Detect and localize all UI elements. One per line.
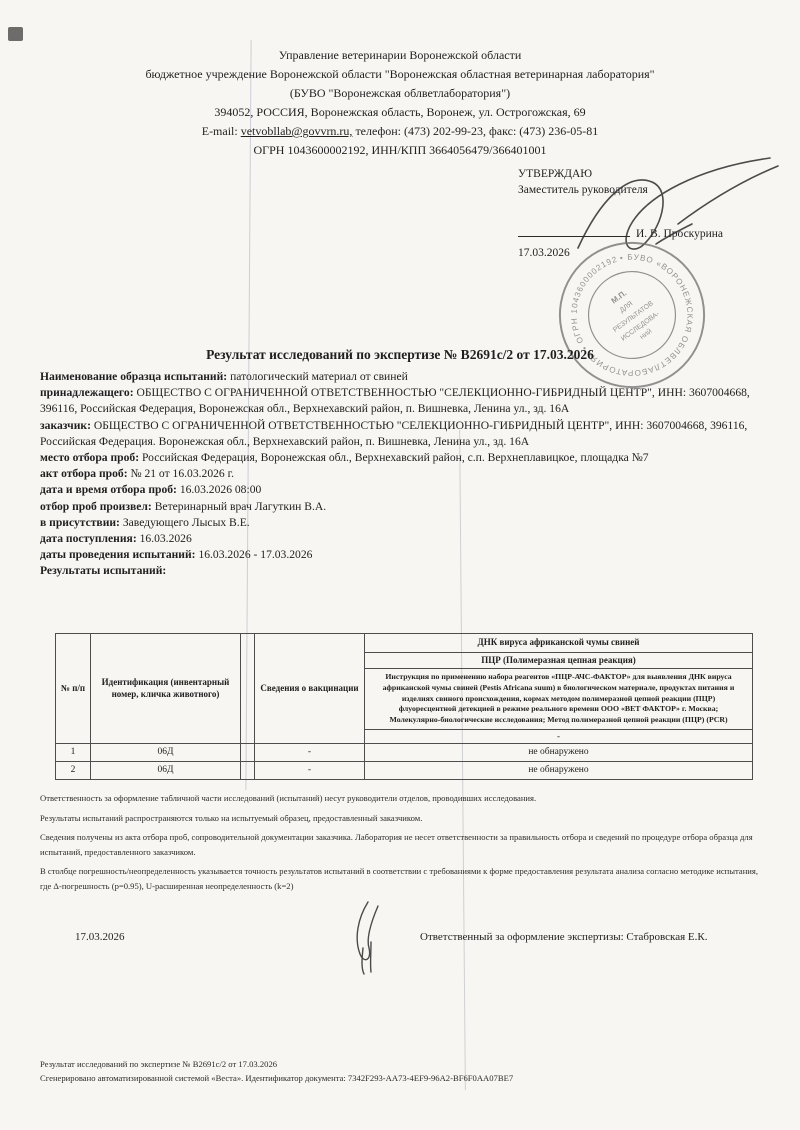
- footer-expertise-ref: Результат исследований по экспертизе № В…: [40, 1057, 767, 1071]
- detail-sampling-act: акт отбора проб: № 21 от 16.03.2026 г.: [40, 466, 767, 482]
- result-sub-dash: -: [365, 729, 753, 744]
- handwritten-signature-expert: [338, 898, 393, 976]
- org-header: Управление ветеринарии Воронежской облас…: [40, 46, 760, 160]
- signoff-responsible: Ответственный за оформление экспертизы: …: [420, 931, 780, 943]
- details-block: Наименование образца испытаний: патологи…: [40, 369, 767, 580]
- col-header-empty: [241, 634, 255, 744]
- org-name-line1: Управление ветеринарии Воронежской облас…: [40, 46, 760, 65]
- document-title: Результат исследований по экспертизе № В…: [40, 347, 760, 363]
- row-identification: 06Д: [91, 744, 241, 762]
- email-link[interactable]: vetvobllab@govvrn.ru,: [241, 124, 353, 138]
- col-header-identification: Идентификация (инвентарный номер, кличка…: [91, 634, 241, 744]
- document-footer: Результат исследований по экспертизе № В…: [40, 1057, 767, 1085]
- footer-generated-id: Сгенерировано автоматизированной системо…: [40, 1071, 767, 1085]
- detail-witness: в присутствии: Заведующего Лысых В.Е.: [40, 515, 767, 531]
- result-instruction: Инструкция по применению набора реагенто…: [365, 669, 753, 730]
- footnotes-block: Ответственность за оформление табличной …: [40, 791, 767, 898]
- footnote-uncertainty: В столбце погрешность/неопределенность у…: [40, 864, 767, 893]
- table-row: 2 06Д - не обнаружено: [56, 762, 753, 780]
- result-method-header: ПЦР (Полимеразная цепная реакция): [365, 653, 753, 669]
- org-ogrn-inn: ОГРН 1043600002192, ИНН/КПП 3664056479/3…: [40, 141, 760, 160]
- org-contacts: E-mail: vetvobllab@govvrn.ru, телефон: (…: [40, 122, 760, 141]
- detail-sample-name: Наименование образца испытаний: патологи…: [40, 369, 767, 385]
- detail-owner: принадлежащего: ОБЩЕСТВО С ОГРАНИЧЕННОЙ …: [40, 385, 767, 417]
- approval-position: Заместитель руководителя: [518, 182, 778, 198]
- footnote-responsibility: Ответственность за оформление табличной …: [40, 791, 767, 806]
- row-vaccination: -: [255, 744, 365, 762]
- org-name-line2: бюджетное учреждение Воронежской области…: [40, 65, 760, 84]
- scan-artifact-corner: [8, 27, 23, 41]
- detail-results-label: Результаты испытаний:: [40, 563, 767, 579]
- email-label: E-mail:: [202, 124, 238, 138]
- table-row: 1 06Д - не обнаружено: [56, 744, 753, 762]
- col-header-vaccination: Сведения о вакцинации: [255, 634, 365, 744]
- detail-receipt-date: дата поступления: 16.03.2026: [40, 531, 767, 547]
- results-table: № п/п Идентификация (инвентарный номер, …: [55, 633, 753, 780]
- row-result: не обнаружено: [365, 762, 753, 780]
- detail-testing-dates: даты проведения испытаний: 16.03.2026 - …: [40, 547, 767, 563]
- signoff-date: 17.03.2026: [75, 931, 125, 943]
- row-vaccination: -: [255, 762, 365, 780]
- detail-sampling-datetime: дата и время отбора проб: 16.03.2026 08:…: [40, 482, 767, 498]
- approval-approve-label: УТВЕРЖДАЮ: [518, 166, 778, 182]
- org-address: 394052, РОССИЯ, Воронежская область, Вор…: [40, 103, 760, 122]
- col-header-number: № п/п: [56, 634, 91, 744]
- footnote-sampling-info: Сведения получены из акта отбора проб, с…: [40, 830, 767, 859]
- phone-fax: телефон: (473) 202-99-23, факс: (473) 23…: [355, 124, 598, 138]
- row-empty: [241, 744, 255, 762]
- row-number: 1: [56, 744, 91, 762]
- detail-customer: заказчик: ОБЩЕСТВО С ОГРАНИЧЕННОЙ ОТВЕТС…: [40, 418, 767, 450]
- footnote-scope: Результаты испытаний распространяются то…: [40, 811, 767, 826]
- row-number: 2: [56, 762, 91, 780]
- detail-sampling-place: место отбора проб: Российская Федерация,…: [40, 450, 767, 466]
- document-page: Управление ветеринарии Воронежской облас…: [0, 0, 800, 1130]
- row-result: не обнаружено: [365, 744, 753, 762]
- detail-sampler: отбор проб произвел: Ветеринарный врач Л…: [40, 499, 767, 515]
- result-group-header: ДНК вируса африканской чумы свиней: [365, 634, 753, 653]
- org-name-line3: (БУВО "Воронежская облветлаборатория"): [40, 84, 760, 103]
- row-empty: [241, 762, 255, 780]
- row-identification: 06Д: [91, 762, 241, 780]
- signature-line: [518, 224, 630, 237]
- stamp-center-line-2: ДЛЯ: [619, 300, 635, 314]
